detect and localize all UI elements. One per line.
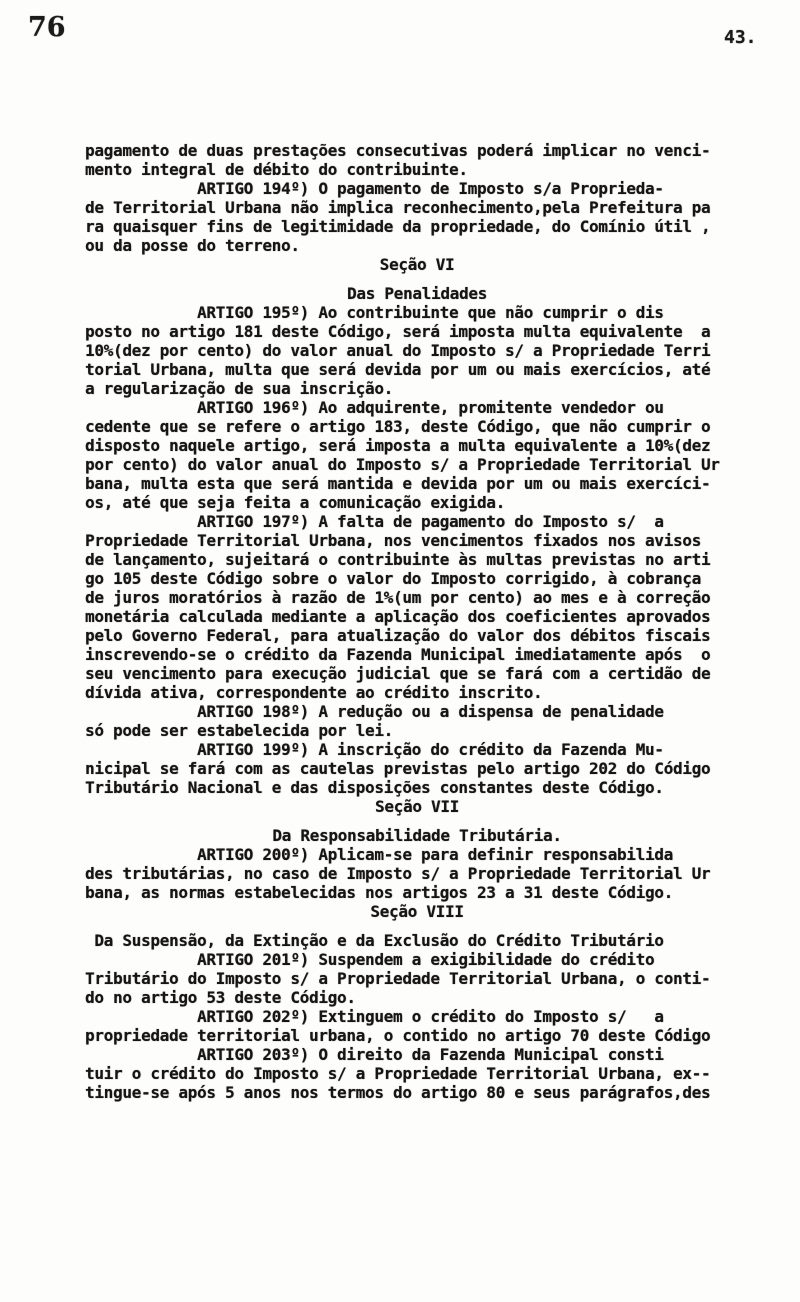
text-line: de Territorial Urbana não implica reconh… [85, 198, 749, 217]
text-line: ARTIGO 203º) O direito da Fazenda Munici… [85, 1045, 749, 1064]
section-heading: Seção VII [85, 797, 749, 816]
text-line: pagamento de duas prestações consecutiva… [85, 141, 749, 160]
text-line: bana, multa esta que será mantida e devi… [85, 474, 749, 493]
text-line: nicipal se fará com as cautelas prevista… [85, 759, 749, 778]
text-line: ARTIGO 202º) Extinguem o crédito do Impo… [85, 1007, 749, 1026]
text-line: tuir o crédito do Imposto s/ a Proprieda… [85, 1064, 749, 1083]
text-line: Tributário Nacional e das disposições co… [85, 778, 749, 797]
text-line: ARTIGO 201º) Suspendem a exigibilidade d… [85, 950, 749, 969]
text-line: ARTIGO 194º) O pagamento de Imposto s/a … [85, 179, 749, 198]
text-line: ARTIGO 197º) A falta de pagamento do Imp… [85, 512, 749, 531]
text-line: torial Urbana, multa que será devida por… [85, 360, 749, 379]
text-line: bana, as normas estabelecidas nos artigo… [85, 883, 749, 902]
text-line: de juros moratórios à razão de 1%(um por… [85, 588, 749, 607]
text-line: ou da posse do terreno. [85, 236, 749, 255]
section-heading: Seção VI [85, 255, 749, 274]
text-line: dívida ativa, correspondente ao crédito … [85, 683, 749, 702]
section-heading: Da Responsabilidade Tributária. [85, 826, 749, 845]
document-lines: pagamento de duas prestações consecutiva… [85, 141, 749, 1102]
text-line: de lançamento, sujeitará o contribuinte … [85, 550, 749, 569]
text-line: tingue-se após 5 anos nos termos do arti… [85, 1083, 749, 1102]
page-number-right: 43. [724, 27, 757, 48]
text-line: só pode ser estabelecida por lei. [85, 721, 749, 740]
text-line: Tributário do Imposto s/ a Propriedade T… [85, 969, 749, 988]
text-line: ARTIGO 200º) Aplicam-se para definir res… [85, 845, 749, 864]
text-line: posto no artigo 181 deste Código, será i… [85, 322, 749, 341]
text-line: go 105 deste Código sobre o valor do Imp… [85, 569, 749, 588]
text-line: des tributárias, no caso de Imposto s/ a… [85, 864, 749, 883]
text-line: monetária calculada mediante a aplicação… [85, 607, 749, 626]
text-line: cedente que se refere o artigo 183, dest… [85, 417, 749, 436]
text-line: os, até que seja feita a comunicação exi… [85, 493, 749, 512]
text-line: ARTIGO 199º) A inscrição do crédito da F… [85, 740, 749, 759]
text-line: por cento) do valor anual do Imposto s/ … [85, 455, 749, 474]
text-line: mento integral de débito do contribuinte… [85, 160, 749, 179]
text-line [85, 274, 749, 284]
text-line: Da Suspensão, da Extinção e da Exclusão … [85, 931, 749, 950]
text-line: ARTIGO 198º) A redução ou a dispensa de … [85, 702, 749, 721]
scanned-document-page: 76 43. pagamento de duas prestações cons… [0, 0, 800, 1302]
text-line: ra quaisquer fins de legitimidade da pro… [85, 217, 749, 236]
text-line [85, 816, 749, 826]
text-line: disposto naquele artigo, será imposta a … [85, 436, 749, 455]
text-line: 10%(dez por cento) do valor anual do Imp… [85, 341, 749, 360]
text-line: Propriedade Territorial Urbana, nos venc… [85, 531, 749, 550]
text-line: pelo Governo Federal, para atualização d… [85, 626, 749, 645]
text-line: a regularização de sua inscrição. [85, 379, 749, 398]
text-line [85, 921, 749, 931]
page-number-left: 76 [28, 12, 66, 43]
text-line: ARTIGO 195º) Ao contribuinte que não cum… [85, 303, 749, 322]
text-line: propriedade territorial urbana, o contid… [85, 1026, 749, 1045]
text-line: do no artigo 53 deste Código. [85, 988, 749, 1007]
text-line: ARTIGO 196º) Ao adquirente, promitente v… [85, 398, 749, 417]
text-line: inscrevendo-se o crédito da Fazenda Muni… [85, 645, 749, 664]
section-heading: Seção VIII [85, 902, 749, 921]
section-heading: Das Penalidades [85, 284, 749, 303]
text-line: seu vencimento para execução judicial qu… [85, 664, 749, 683]
